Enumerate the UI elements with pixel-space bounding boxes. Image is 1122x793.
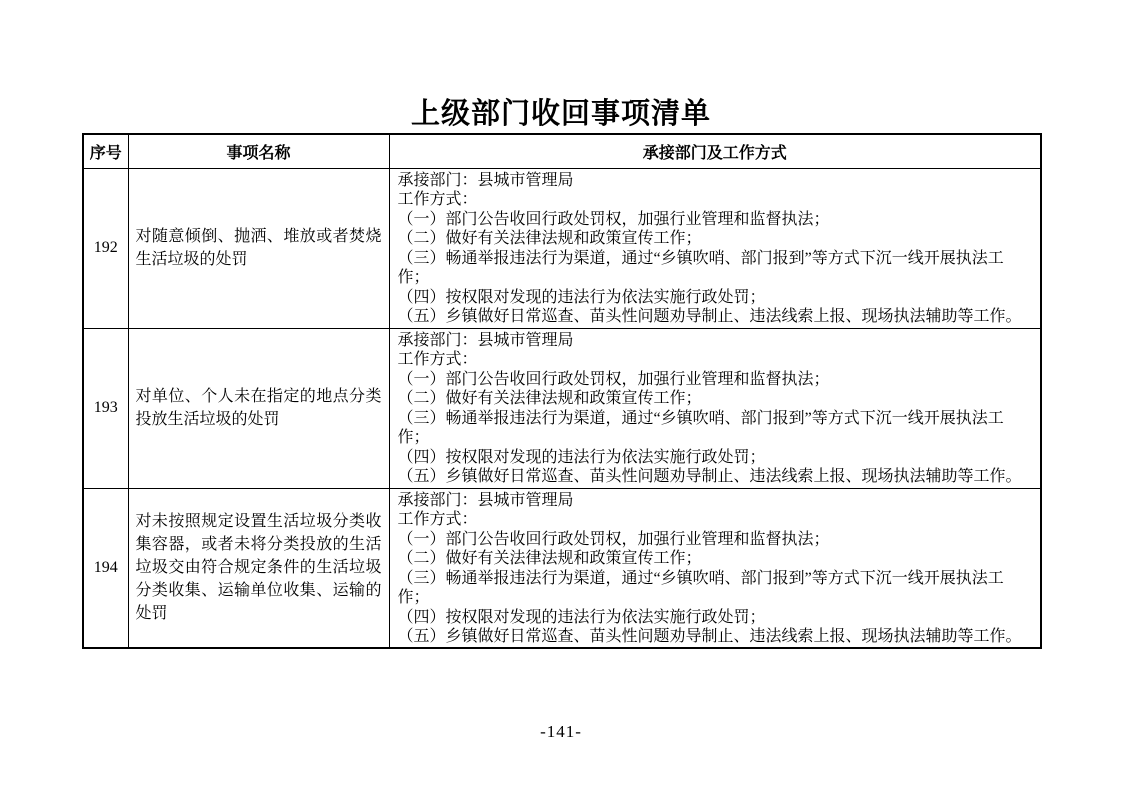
table-row: 194对未按照规定设置生活垃圾分类收集容器，或者未将分类投放的生活垃圾交由符合规… — [83, 488, 1041, 648]
table-row: 192对随意倾倒、抛洒、堆放或者焚烧生活垃圾的处罚承接部门：县城市管理局工作方式… — [83, 168, 1041, 328]
method-line: （五）乡镇做好日常巡查、苗头性问题劝导制止、违法线索上报、现场执法辅助等工作。 — [398, 627, 1033, 647]
method-line: 承接部门：县城市管理局 — [398, 331, 1033, 351]
page-number: -141- — [0, 722, 1122, 742]
method-line: （二）做好有关法律法规和政策宣传工作； — [398, 389, 1033, 409]
method-line: （一）部门公告收回行政处罚权，加强行业管理和监督执法； — [398, 370, 1033, 390]
method-line: （三）畅通举报违法行为渠道，通过“乡镇吹哨、部门报到”等方式下沉一线开展执法工作… — [398, 409, 1033, 448]
method-line: 工作方式： — [398, 350, 1033, 370]
method-line: （五）乡镇做好日常巡查、苗头性问题劝导制止、违法线索上报、现场执法辅助等工作。 — [398, 467, 1033, 487]
document-page: 上级部门收回事项清单 序号 事项名称 承接部门及工作方式 192对随意倾倒、抛洒… — [0, 0, 1122, 793]
row-department-method: 承接部门：县城市管理局工作方式：（一）部门公告收回行政处罚权，加强行业管理和监督… — [389, 328, 1041, 488]
method-line: 承接部门：县城市管理局 — [398, 171, 1033, 191]
table-row: 193对单位、个人未在指定的地点分类投放生活垃圾的处罚承接部门：县城市管理局工作… — [83, 328, 1041, 488]
method-line: （二）做好有关法律法规和政策宣传工作； — [398, 229, 1033, 249]
header-item-name: 事项名称 — [128, 134, 389, 168]
items-table-body: 192对随意倾倒、抛洒、堆放或者焚烧生活垃圾的处罚承接部门：县城市管理局工作方式… — [83, 168, 1041, 648]
items-table: 序号 事项名称 承接部门及工作方式 192对随意倾倒、抛洒、堆放或者焚烧生活垃圾… — [82, 133, 1042, 649]
method-line: 工作方式： — [398, 190, 1033, 210]
method-line: 承接部门：县城市管理局 — [398, 491, 1033, 511]
method-line: （一）部门公告收回行政处罚权，加强行业管理和监督执法； — [398, 530, 1033, 550]
row-department-method: 承接部门：县城市管理局工作方式：（一）部门公告收回行政处罚权，加强行业管理和监督… — [389, 488, 1041, 648]
header-serial-number: 序号 — [83, 134, 128, 168]
method-line: （三）畅通举报违法行为渠道，通过“乡镇吹哨、部门报到”等方式下沉一线开展执法工作… — [398, 569, 1033, 608]
method-line: （五）乡镇做好日常巡查、苗头性问题劝导制止、违法线索上报、现场执法辅助等工作。 — [398, 307, 1033, 327]
method-line: （四）按权限对发现的违法行为依法实施行政处罚； — [398, 608, 1033, 628]
method-line: （三）畅通举报违法行为渠道，通过“乡镇吹哨、部门报到”等方式下沉一线开展执法工作… — [398, 249, 1033, 288]
method-line: 工作方式： — [398, 510, 1033, 530]
header-department-method: 承接部门及工作方式 — [389, 134, 1041, 168]
row-department-method: 承接部门：县城市管理局工作方式：（一）部门公告收回行政处罚权，加强行业管理和监督… — [389, 168, 1041, 328]
row-serial-number: 194 — [83, 488, 128, 648]
method-line: （四）按权限对发现的违法行为依法实施行政处罚； — [398, 288, 1033, 308]
table-header-row: 序号 事项名称 承接部门及工作方式 — [83, 134, 1041, 168]
method-line: （一）部门公告收回行政处罚权，加强行业管理和监督执法； — [398, 210, 1033, 230]
row-item-name: 对单位、个人未在指定的地点分类投放生活垃圾的处罚 — [128, 328, 389, 488]
row-item-name: 对未按照规定设置生活垃圾分类收集容器，或者未将分类投放的生活垃圾交由符合规定条件… — [128, 488, 389, 648]
method-line: （四）按权限对发现的违法行为依法实施行政处罚； — [398, 448, 1033, 468]
row-serial-number: 193 — [83, 328, 128, 488]
row-serial-number: 192 — [83, 168, 128, 328]
method-line: （二）做好有关法律法规和政策宣传工作； — [398, 549, 1033, 569]
document-title: 上级部门收回事项清单 — [0, 91, 1122, 132]
row-item-name: 对随意倾倒、抛洒、堆放或者焚烧生活垃圾的处罚 — [128, 168, 389, 328]
